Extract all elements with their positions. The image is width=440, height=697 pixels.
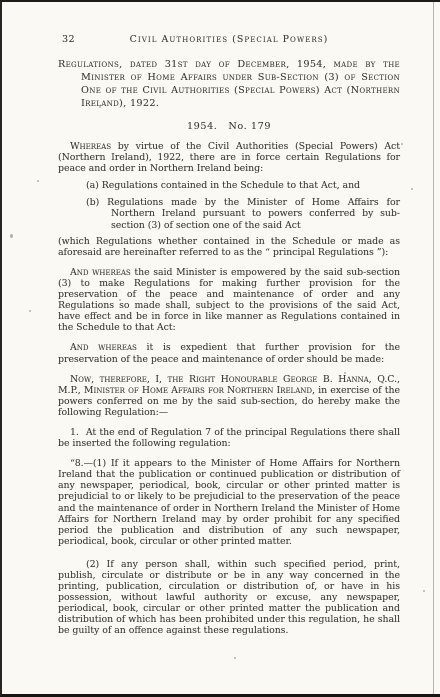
inserted-regulation-8-1: “8.—(1) If it appears to the Minister of… bbox=[58, 458, 400, 547]
whereas-lead: Whereas bbox=[70, 141, 111, 152]
page-edge-line bbox=[433, 2, 434, 694]
section-1-number: 1. bbox=[70, 427, 79, 438]
scan-speck bbox=[401, 143, 403, 145]
preamble-whereas-3: And whereas it is expedient that further… bbox=[58, 342, 400, 364]
whereas-lead: And whereas bbox=[70, 342, 137, 353]
list-item-b-text: Regulations made by the Minister of Home… bbox=[107, 197, 400, 230]
running-title: Civil Authorities (Special Powers) bbox=[58, 34, 400, 45]
enacting-clause: Now, therefore, I, the Right Honourable … bbox=[58, 374, 400, 418]
scan-speck bbox=[10, 234, 13, 238]
which-clause: (which Regulations whether contained in … bbox=[58, 236, 400, 258]
section-1: 1.At the end of Regulation 7 of the prin… bbox=[58, 427, 400, 449]
list-item-b: (b) Regulations made by the Minister of … bbox=[58, 197, 400, 230]
whereas-lead: And whereas bbox=[70, 267, 131, 278]
preamble-whereas-2: And whereas the said Minister is empower… bbox=[58, 267, 400, 334]
scan-speck bbox=[234, 657, 236, 659]
page-number: 32 bbox=[62, 34, 75, 45]
scan-speck bbox=[411, 188, 413, 190]
regulation-heading: Regulations, dated 31st day of December,… bbox=[58, 58, 400, 110]
preamble-whereas-1: Whereas by virtue of the Civil Authoriti… bbox=[58, 141, 400, 174]
list-item-b-label: (b) bbox=[86, 197, 99, 208]
inserted-regulation-8-2: (2) If any person shall, within such spe… bbox=[58, 559, 400, 637]
section-1-text: At the end of Regulation 7 of the princi… bbox=[58, 427, 400, 449]
document-year: 1954. bbox=[187, 121, 217, 132]
scan-speck bbox=[37, 180, 39, 182]
scan-speck bbox=[29, 310, 31, 312]
scan-speck bbox=[423, 590, 425, 592]
list-item-a: (a) Regulations contained in the Schedul… bbox=[58, 180, 400, 191]
list-item-a-text: Regulations contained in the Schedule to… bbox=[102, 180, 360, 191]
document-number: No. 179 bbox=[228, 121, 271, 132]
running-head: 32 Civil Authorities (Special Powers) bbox=[58, 34, 400, 47]
page-content: 32 Civil Authorities (Special Powers) Re… bbox=[58, 34, 400, 637]
scanned-document-page: 32 Civil Authorities (Special Powers) Re… bbox=[0, 0, 440, 697]
document-number-line: 1954.No. 179 bbox=[58, 121, 400, 132]
list-item-a-label: (a) bbox=[86, 180, 99, 191]
